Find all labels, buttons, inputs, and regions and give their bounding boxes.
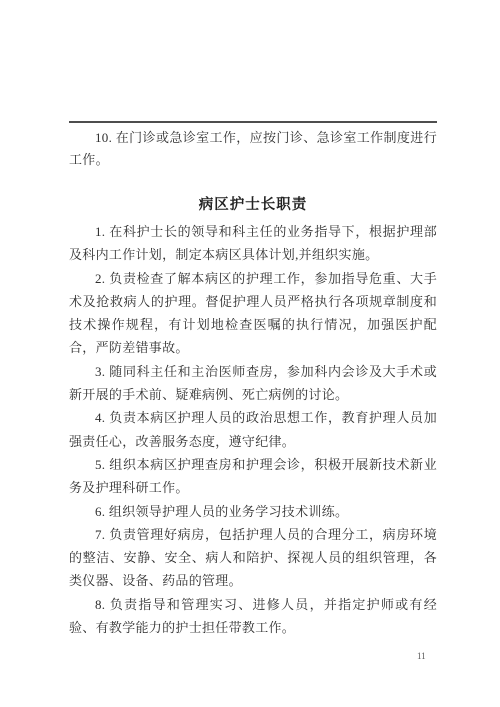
duty-item: 5. 组织本病区护理查房和护理会诊，积极开展新技术新业务及护理科研工作。 bbox=[69, 453, 437, 500]
duty-item: 2. 负责检查了解本病区的护理工作，参加指导危重、大手术及抢救病人的护理。督促护… bbox=[69, 267, 437, 360]
section-divider-rule bbox=[69, 121, 437, 123]
duty-item: 8. 负责指导和管理实习、进修人员，并指定护师或有经验、有教学能力的护士担任带教… bbox=[69, 593, 437, 640]
duty-item: 6. 组织领导护理人员的业务学习技术训练。 bbox=[69, 500, 437, 523]
duty-item: 7. 负责管理好病房，包括护理人员的合理分工，病房环境的整洁、安静、安全、病人和… bbox=[69, 523, 437, 593]
page-number: 11 bbox=[417, 650, 426, 662]
carryover-paragraph: 10. 在门诊或急诊室工作，应按门诊、急诊室工作制度进行工作。 bbox=[69, 127, 437, 171]
duty-item: 1. 在科护士长的领导和科主任的业务指导下，根据护理部及科内工作计划，制定本病区… bbox=[69, 220, 437, 267]
page-content: 10. 在门诊或急诊室工作，应按门诊、急诊室工作制度进行工作。 病区护士长职责 … bbox=[69, 127, 437, 639]
duty-item: 4. 负责本病区护理人员的政治思想工作，教育护理人员加强责任心，改善服务态度，遵… bbox=[69, 406, 437, 453]
duty-list: 1. 在科护士长的领导和科主任的业务指导下，根据护理部及科内工作计划，制定本病区… bbox=[69, 220, 437, 639]
duty-item: 3. 随同科主任和主治医师查房，参加科内会诊及大手术或新开展的手术前、疑难病例、… bbox=[69, 360, 437, 407]
section-title: 病区护士长职责 bbox=[69, 194, 437, 216]
document-page: 10. 在门诊或急诊室工作，应按门诊、急诊室工作制度进行工作。 病区护士长职责 … bbox=[0, 0, 500, 707]
